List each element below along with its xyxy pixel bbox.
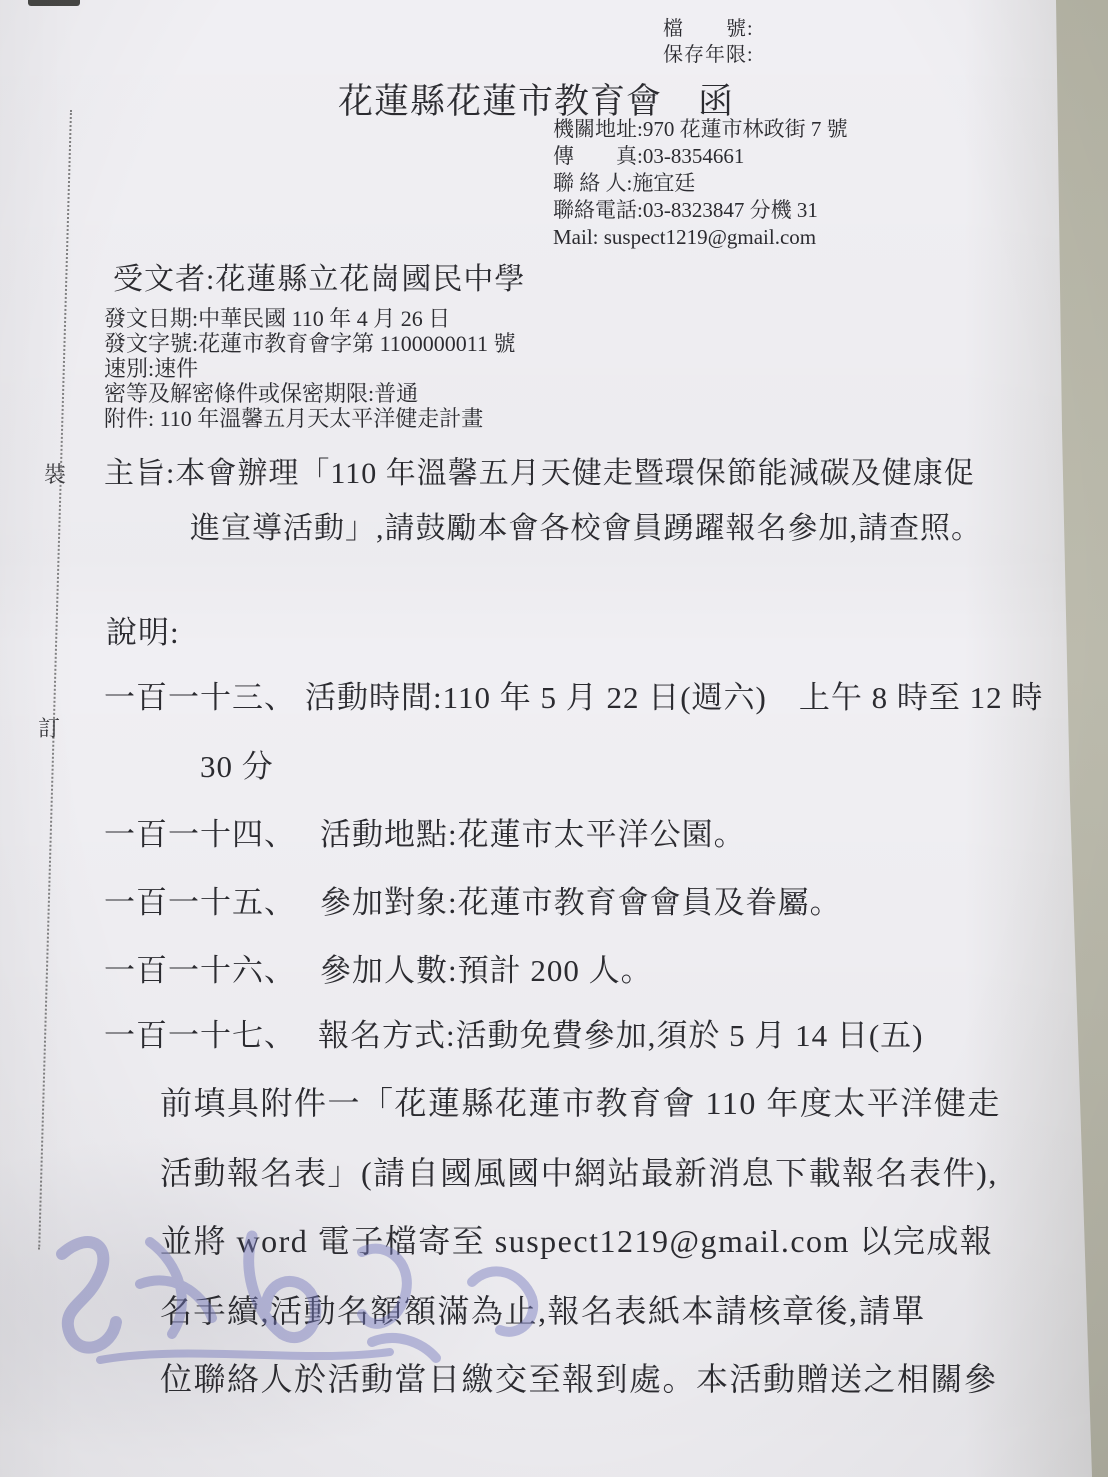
item-113-line-1: 活動時間:110 年 5 月 22 日(週六) 上午 8 時至 12 時: [305, 672, 1043, 717]
sender-email: Mail: suspect1219@gmail.com: [553, 224, 848, 251]
item-116-number: 一百一十六、: [104, 945, 296, 990]
meta-security: 密等及解密條件或保密期限:普通: [104, 381, 515, 406]
item-117-line-2: 前填具附件一「花蓮縣花蓮市教育會 110 年度太平洋健走: [160, 1078, 1001, 1124]
description-label: 說明:: [106, 607, 180, 652]
item-117-line-1: 報名方式:活動免費參加,須於 5 月 14 日(五): [318, 1010, 924, 1055]
item-117-number: 一百一十七、: [104, 1010, 296, 1055]
scanned-photo: 檔 號: 保存年限: 花蓮縣花蓮市教育會 函 機關地址:970 花蓮市林政街 7…: [0, 0, 1108, 1477]
recipient-line: 受文者:花蓮縣立花崗國民中學: [113, 254, 525, 298]
meta-doc-number: 發文字號:花蓮市教育會字第 1100000011 號: [104, 331, 515, 356]
subject-line-2: 進宣導活動」,請鼓勵本會各校會員踴躍報名參加,請查照。: [190, 503, 982, 547]
item-114-number: 一百一十四、: [104, 809, 296, 854]
binding-mark-zhuang: 裝: [44, 458, 66, 489]
subject-line-1: 主旨:本會辦理「110 年溫馨五月天健走暨環保節能減碳及健康促: [104, 448, 975, 492]
item-115-text: 參加對象:花蓮市教育會會員及眷屬。: [320, 877, 842, 922]
binding-dotted-line: [38, 110, 72, 1250]
meta-speed: 速別:速件: [104, 356, 515, 381]
meta-attachment: 附件: 110 年溫馨五月天太平洋健走計畫: [104, 406, 515, 431]
sender-contact-person: 聯 絡 人:施宜廷: [553, 170, 848, 197]
meta-date: 發文日期:中華民國 110 年 4 月 26 日: [104, 306, 515, 331]
file-no-label: 檔 號:: [663, 16, 754, 42]
sender-fax: 傳 真:03-8354661: [553, 143, 848, 170]
item-115-number: 一百一十五、: [104, 877, 296, 922]
item-117-line-3: 活動報名表」(請自國風國中網站最新消息下載報名表件),: [160, 1148, 998, 1194]
item-114-text: 活動地點:花蓮市太平洋公園。: [320, 809, 746, 854]
meta-block: 發文日期:中華民國 110 年 4 月 26 日 發文字號:花蓮市教育會字第 1…: [104, 306, 515, 431]
sender-info-block: 機關地址:970 花蓮市林政街 7 號 傳 真:03-8354661 聯 絡 人…: [553, 116, 848, 251]
sender-phone: 聯絡電話:03-8323847 分機 31: [553, 197, 848, 224]
retention-label: 保存年限:: [663, 42, 754, 68]
item-113-number: 一百一十三、: [104, 672, 296, 717]
top-left-scan-mark: [28, 0, 80, 6]
handwritten-stamp: [40, 1222, 560, 1372]
item-113-line-2: 30 分: [200, 741, 274, 786]
file-label-block: 檔 號: 保存年限:: [663, 16, 754, 68]
item-116-text: 參加人數:預計 200 人。: [320, 945, 653, 990]
sender-address: 機關地址:970 花蓮市林政街 7 號: [553, 116, 848, 143]
document-page: 檔 號: 保存年限: 花蓮縣花蓮市教育會 函 機關地址:970 花蓮市林政街 7…: [0, 0, 1108, 1477]
binding-mark-ding: 訂: [38, 712, 60, 743]
